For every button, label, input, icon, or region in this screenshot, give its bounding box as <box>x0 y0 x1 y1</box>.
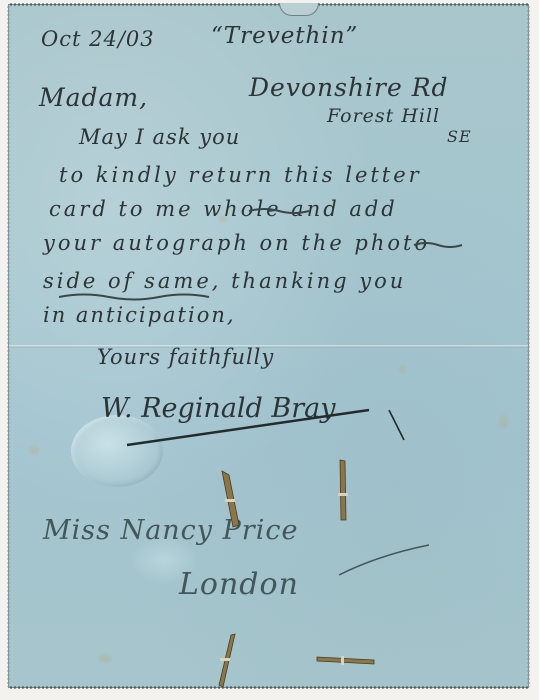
ink-and-fastener-overlay <box>9 5 528 687</box>
city-flourish <box>339 545 429 575</box>
staple-icon <box>222 471 239 527</box>
letter-card: Oct 24/03 “Trevethin” Devonshire Rd Fore… <box>9 5 528 687</box>
underline-side-of-same <box>59 295 209 300</box>
signature-flourish <box>389 410 404 440</box>
underline-whole <box>249 209 309 213</box>
staple-icon <box>219 634 235 687</box>
signature-underline <box>127 410 369 445</box>
staple-icon <box>338 460 348 520</box>
staple-icon <box>317 656 374 665</box>
underline-photo <box>414 243 462 247</box>
